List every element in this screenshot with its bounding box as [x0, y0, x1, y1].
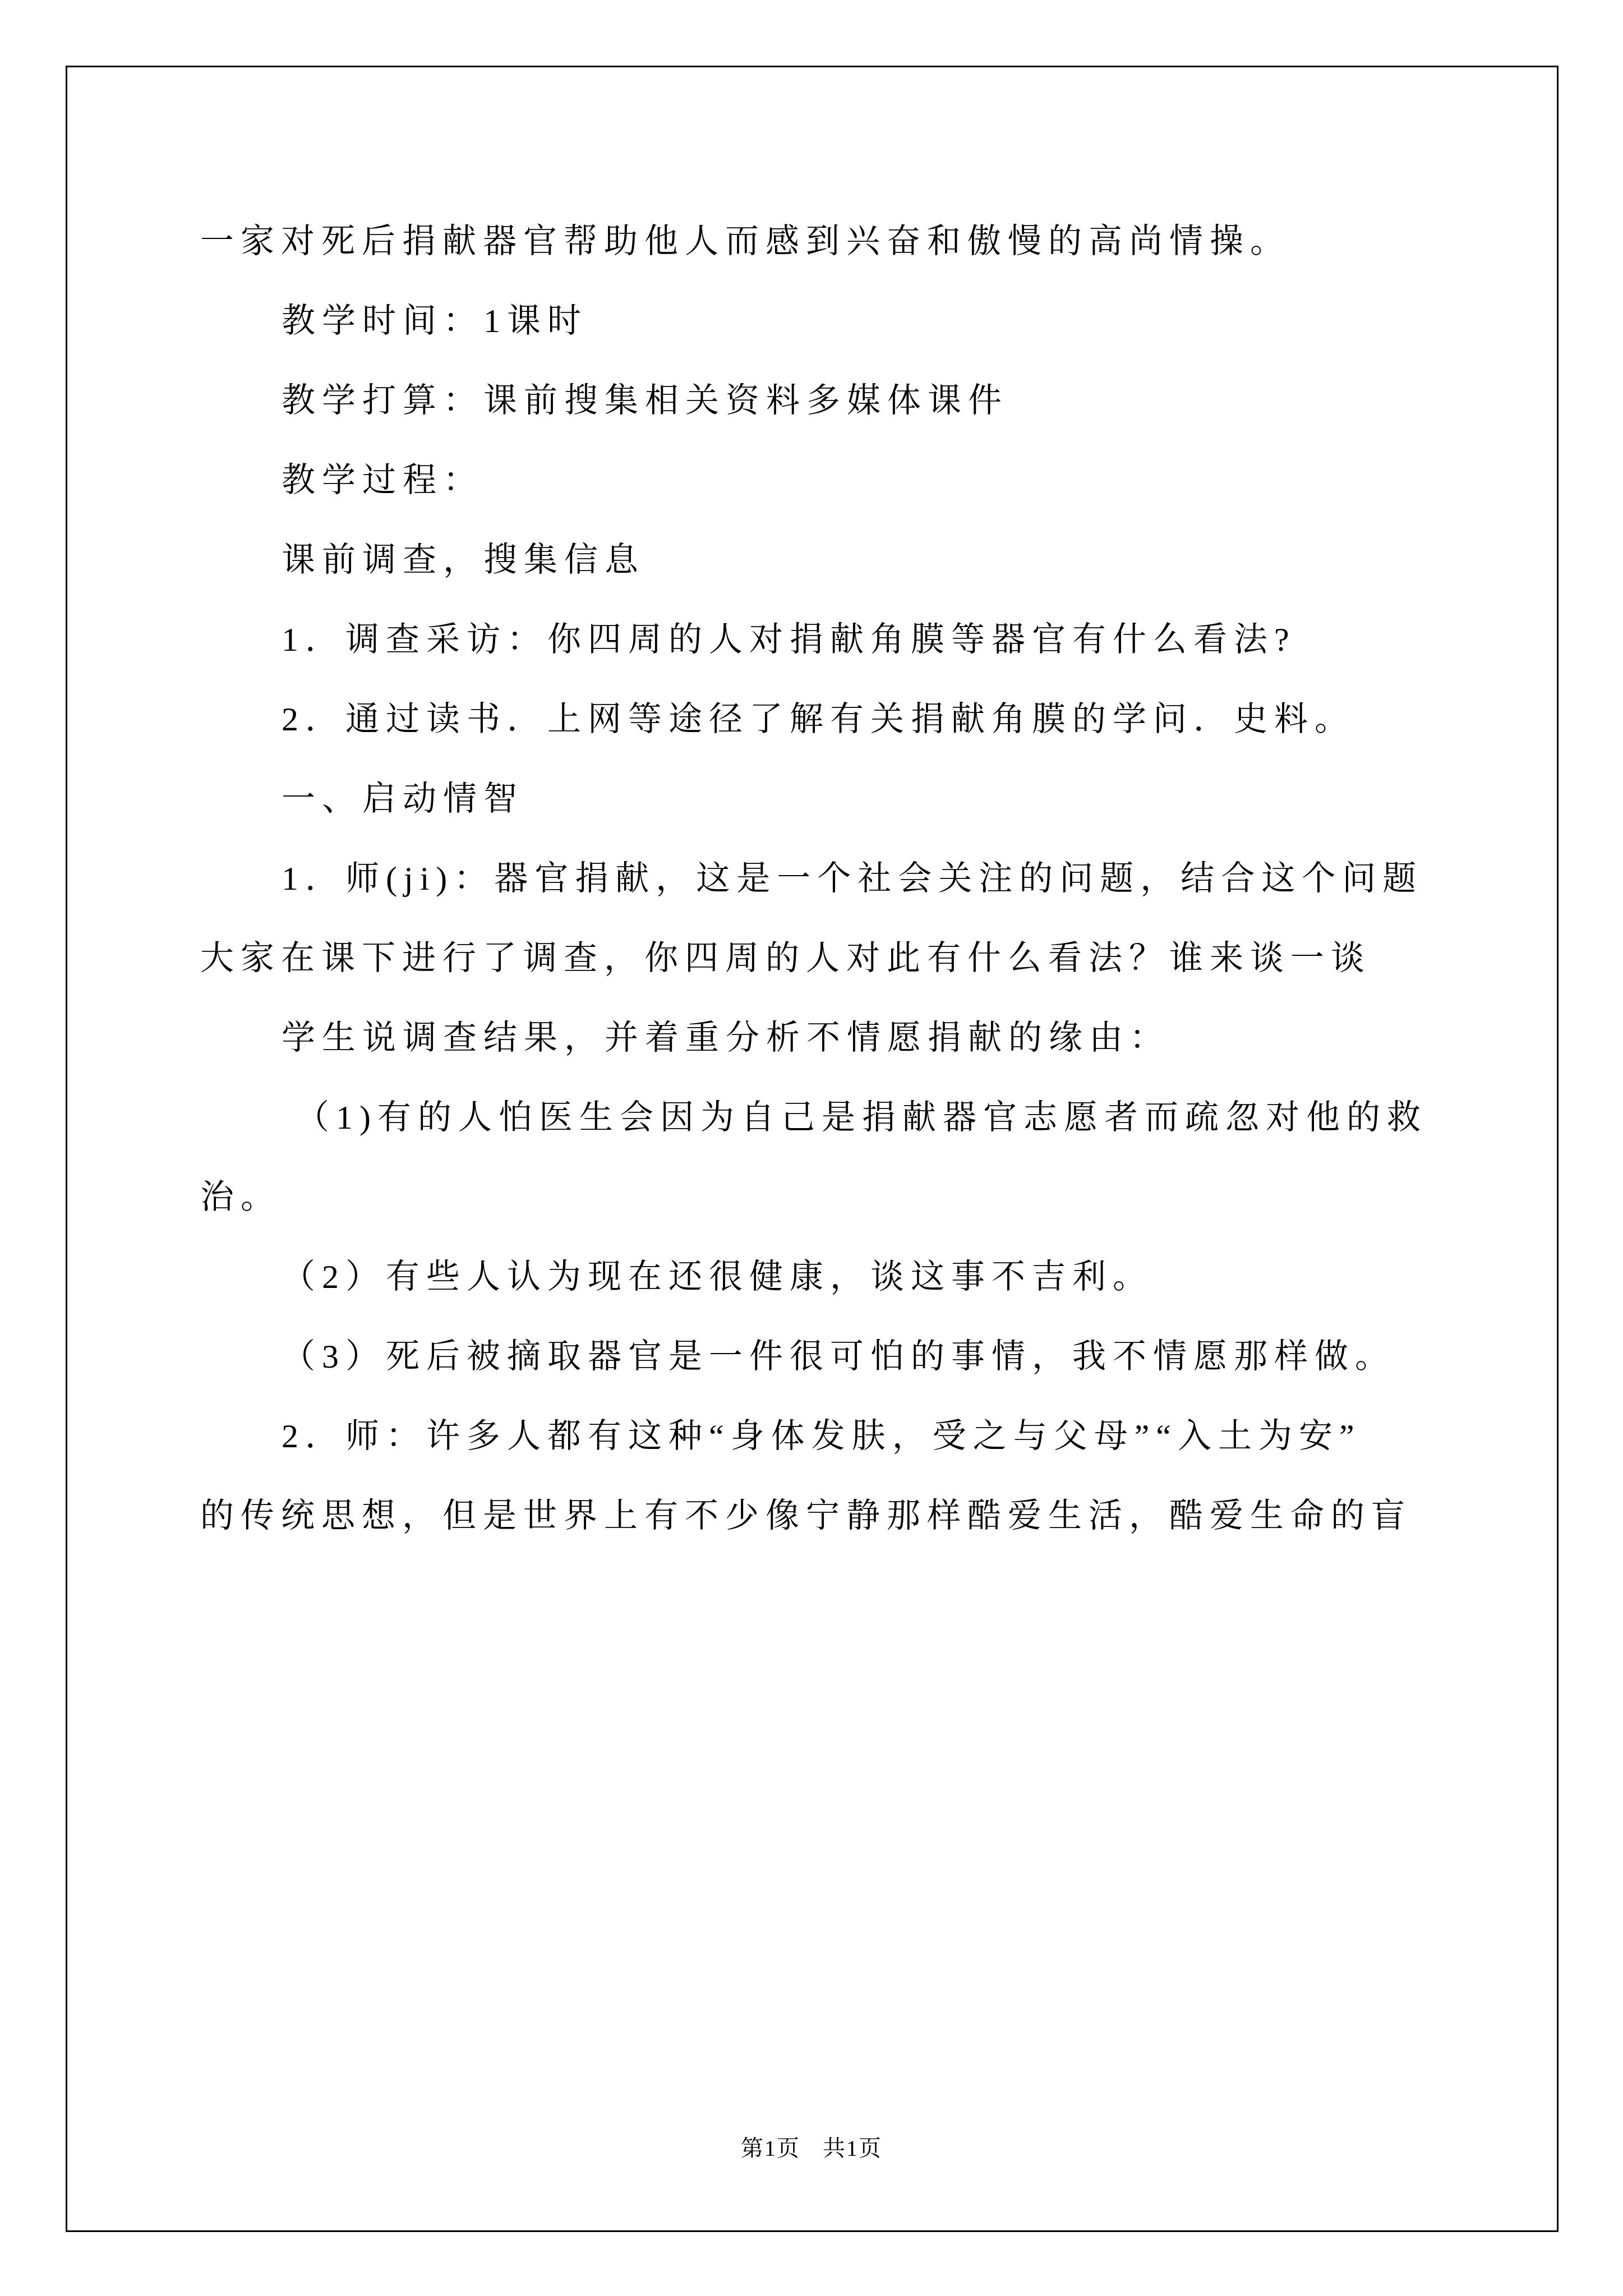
- page-footer: 第1页共1页: [0, 2132, 1623, 2165]
- paragraph-line: 2．师：许多人都有这种“身体发肤，受之与父母”“入土为安”: [200, 1415, 1490, 1494]
- list-item: 2．通过读书．上网等途径了解有关捐献角膜的学问．史料。: [200, 698, 1490, 777]
- reason-item: （3）死后被摘取器官是一件很可怕的事情，我不情愿那样做。: [200, 1335, 1490, 1415]
- teaching-process-heading: 教学过程：: [200, 459, 1490, 539]
- current-page-label: 第1页: [741, 2132, 800, 2165]
- section-heading: 一、启动情智: [200, 777, 1490, 857]
- document-body: 一家对死后捐献器官帮助他人而感到兴奋和傲慢的高尚情操。 教学时间：1课时 教学打…: [200, 220, 1490, 1574]
- teaching-prep-line: 教学打算：课前搜集相关资料多媒体课件: [200, 379, 1490, 459]
- pre-class-survey-heading: 课前调查，搜集信息: [200, 539, 1490, 618]
- list-item: 1．调查采访：你四周的人对捐献角膜等器官有什么看法?: [200, 618, 1490, 698]
- paragraph-line: 一家对死后捐献器官帮助他人而感到兴奋和傲慢的高尚情操。: [200, 220, 1490, 300]
- total-pages-label: 共1页: [823, 2132, 882, 2165]
- paragraph-line: 的传统思想，但是世界上有不少像宁静那样酷爱生活，酷爱生命的盲: [200, 1494, 1490, 1574]
- reason-item: （1)有的人怕医生会因为自己是捐献器官志愿者而疏忽对他的救: [200, 1096, 1490, 1176]
- paragraph-line: 学生说调查结果，并着重分析不情愿捐献的缘由：: [200, 1016, 1490, 1096]
- paragraph-line: 1．师(ji)：器官捐献，这是一个社会关注的问题，结合这个问题: [200, 857, 1490, 937]
- reason-item: （2）有些人认为现在还很健康，谈这事不吉利。: [200, 1255, 1490, 1335]
- teaching-time-line: 教学时间：1课时: [200, 300, 1490, 379]
- paragraph-line: 大家在课下进行了调查，你四周的人对此有什么看法？谁来谈一谈: [200, 937, 1490, 1016]
- paragraph-line: 治。: [200, 1176, 1490, 1255]
